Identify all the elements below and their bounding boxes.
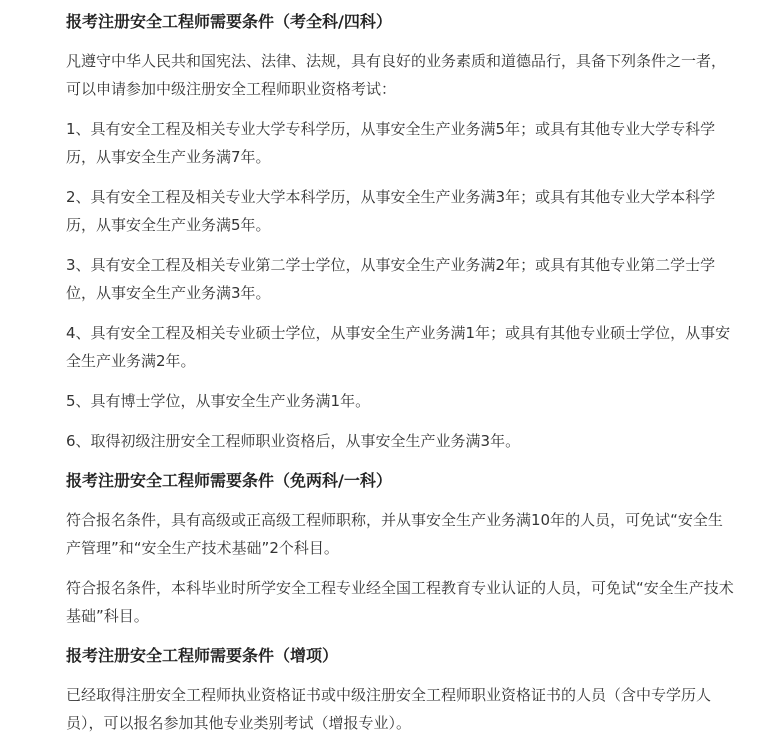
condition-item-2: 2、具有安全工程及相关专业大学本科学历，从事安全生产业务满3年；或具有其他专业大… <box>66 183 737 239</box>
condition-item-6: 6、取得初级注册安全工程师职业资格后，从事安全生产业务满3年。 <box>66 427 737 455</box>
section-heading-full-subjects: 报考注册安全工程师需要条件（考全科/四科） <box>66 8 737 36</box>
exemption-paragraph-1: 符合报名条件，具有高级或正高级工程师职称，并从事安全生产业务满10年的人员，可免… <box>66 506 737 562</box>
condition-item-5: 5、具有博士学位，从事安全生产业务满1年。 <box>66 387 737 415</box>
intro-paragraph: 凡遵守中华人民共和国宪法、法律、法规，具有良好的业务素质和道德品行，具备下列条件… <box>66 47 737 103</box>
exemption-paragraph-2: 符合报名条件，本科毕业时所学安全工程专业经全国工程教育专业认证的人员，可免试“安… <box>66 574 737 630</box>
additional-category-paragraph: 已经取得注册安全工程师执业资格证书或中级注册安全工程师职业资格证书的人员（含中专… <box>66 681 737 736</box>
condition-item-4: 4、具有安全工程及相关专业硕士学位，从事安全生产业务满1年；或具有其他专业硕士学… <box>66 319 737 375</box>
section-heading-exempt-subjects: 报考注册安全工程师需要条件（免两科/一科） <box>66 467 737 495</box>
condition-item-1: 1、具有安全工程及相关专业大学专科学历，从事安全生产业务满5年；或具有其他专业大… <box>66 115 737 171</box>
section-heading-additional-category: 报考注册安全工程师需要条件（增项） <box>66 642 737 670</box>
condition-item-3: 3、具有安全工程及相关专业第二学士学位，从事安全生产业务满2年；或具有其他专业第… <box>66 251 737 307</box>
article-content: 报考注册安全工程师需要条件（考全科/四科） 凡遵守中华人民共和国宪法、法律、法规… <box>0 0 765 736</box>
